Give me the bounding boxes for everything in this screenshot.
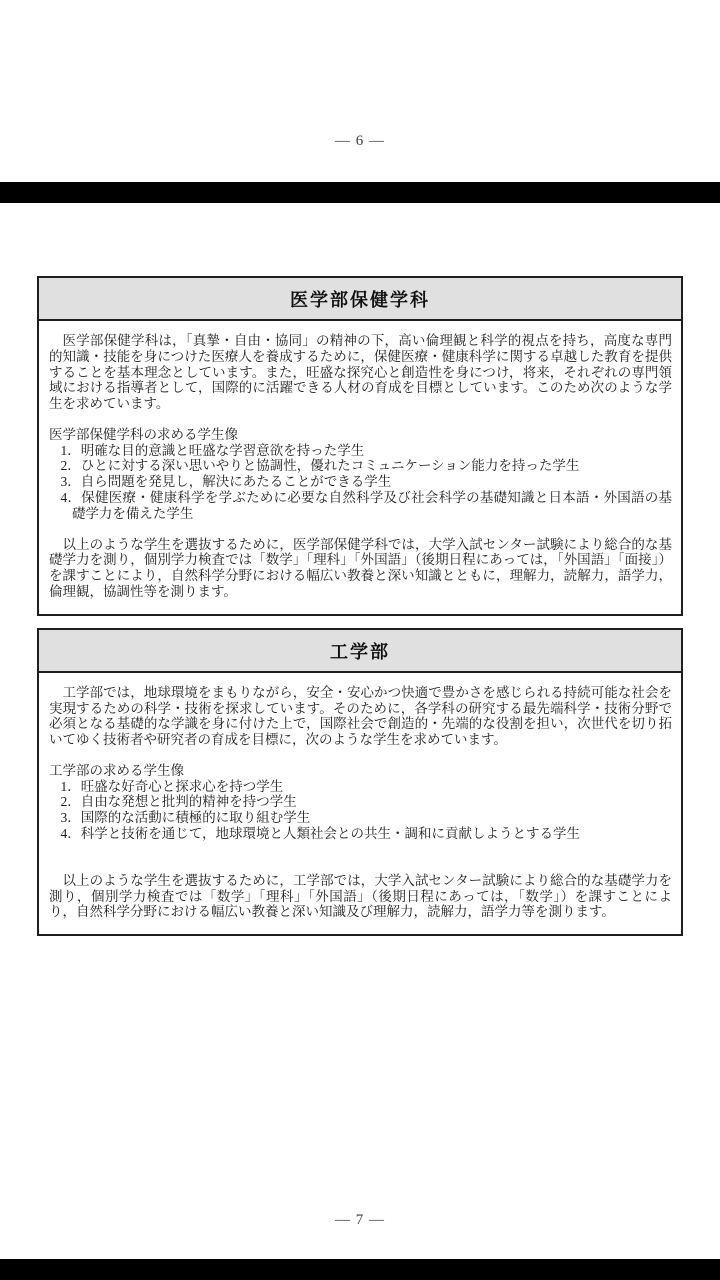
desired-students-heading: 医学部保健学科の求める学生像	[49, 427, 672, 443]
page-content: 医学部保健学科 医学部保健学科は，「真摯・自由・協同」の精神の下，高い倫理観と科…	[0, 203, 720, 936]
desired-students-list: 1．明確な目的意識と旺盛な学習意欲を持った学生 2．ひとに対する深い思いやりと協…	[49, 443, 672, 522]
section-title-engineering: 工学部	[39, 630, 681, 673]
page-number-bottom: — 7 —	[0, 1212, 720, 1229]
section-closing-paragraph: 以上のような学生を選抜するために，医学部保健学科では，大学入試センター試験により…	[49, 537, 672, 600]
list-item: 4．科学と技術を通じて，地球環境と人類社会との共生・調和に貢献しようとする学生	[49, 826, 672, 842]
desired-students-heading: 工学部の求める学生像	[49, 763, 672, 779]
list-item: 1．明確な目的意識と旺盛な学習意欲を持った学生	[49, 443, 672, 459]
list-item: 2．ひとに対する深い思いやりと協調性，優れたコミュニケーション能力を持った学生	[49, 458, 672, 474]
list-item: 2．自由な発想と批判的精神を持つ学生	[49, 794, 672, 810]
list-item: 1．旺盛な好奇心と探求心を持つ学生	[49, 779, 672, 795]
section-medical-health-sciences: 医学部保健学科 医学部保健学科は，「真摯・自由・協同」の精神の下，高い倫理観と科…	[37, 276, 683, 616]
page-break-bar-bottom	[0, 1259, 720, 1280]
section-engineering: 工学部 工学部では，地球環境をまもりながら，安全・安心かつ快適で豊かさを感じられ…	[37, 628, 683, 936]
list-item: 3．国際的な活動に積極的に取り組む学生	[49, 810, 672, 826]
desired-students-list: 1．旺盛な好奇心と探求心を持つ学生 2．自由な発想と批判的精神を持つ学生 3．国…	[49, 779, 672, 842]
page-number-top: — 6 —	[0, 0, 720, 152]
section-intro-paragraph: 医学部保健学科は，「真摯・自由・協同」の精神の下，高い倫理観と科学的視点を持ち，…	[49, 333, 672, 412]
section-body: 工学部では，地球環境をまもりながら，安全・安心かつ快適で豊かさを感じられる持続可…	[39, 673, 681, 934]
section-body: 医学部保健学科は，「真摯・自由・協同」の精神の下，高い倫理観と科学的視点を持ち，…	[39, 321, 681, 614]
section-closing-paragraph: 以上のような学生を選抜するために，工学部では，大学入試センター試験により総合的な…	[49, 873, 672, 920]
list-item: 4．保健医療・健康科学を学ぶために必要な自然科学及び社会科学の基礎知識と日本語・…	[49, 490, 672, 522]
section-intro-paragraph: 工学部では，地球環境をまもりながら，安全・安心かつ快適で豊かさを感じられる持続可…	[49, 685, 672, 748]
page-break-bar-top	[0, 182, 720, 203]
document-page: — 6 — 医学部保健学科 医学部保健学科は，「真摯・自由・協同」の精神の下，高…	[0, 0, 720, 936]
section-title-medical-health-sciences: 医学部保健学科	[39, 278, 681, 321]
list-item: 3．自ら問題を発見し，解決にあたることができる学生	[49, 474, 672, 490]
